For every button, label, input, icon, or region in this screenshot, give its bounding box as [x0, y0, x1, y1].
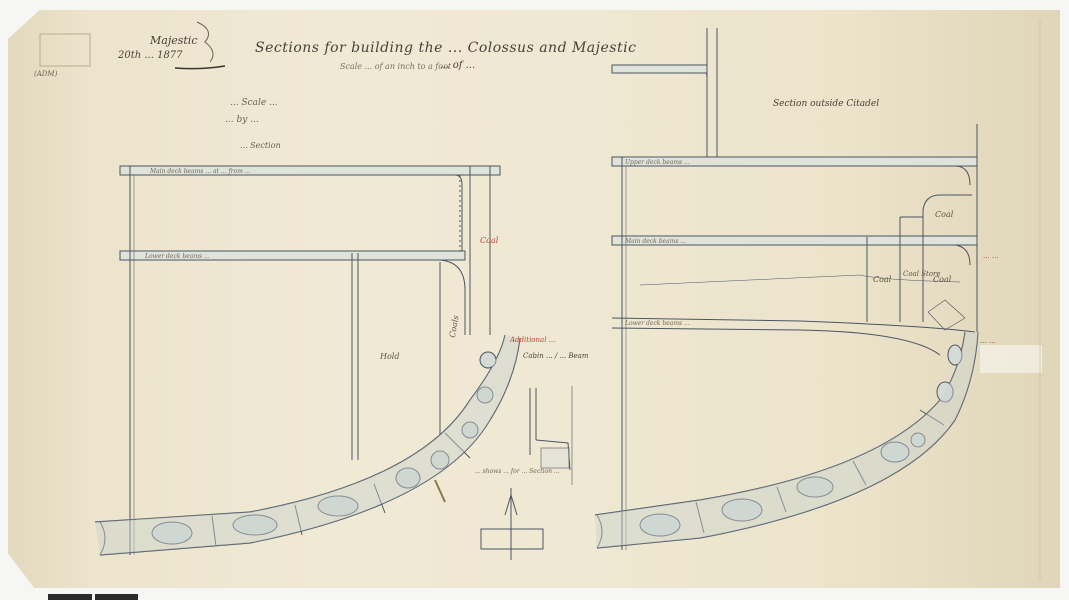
middle-note: Cabin ... / ... Beam [523, 352, 588, 360]
label-hold: Hold [380, 352, 399, 361]
right-red-note-2: ... ... [980, 337, 996, 345]
stamp-box [40, 34, 90, 66]
bottom-note: ... shows ... for ... Section ... [475, 468, 560, 475]
archive-stamp: (ADM) [34, 70, 57, 78]
label-upper-tank: Coal [935, 210, 953, 219]
left-note-3: ... Section [240, 141, 281, 150]
deck-label-right-upper: Upper deck beams ... [625, 159, 690, 166]
right-section-title: Section outside Citadel [773, 99, 879, 109]
right-red-note-1: ... ... [983, 252, 999, 260]
left-note-2: ... by ... [225, 115, 259, 125]
scale-note: Scale ... of an inch to a foot [340, 62, 451, 71]
middle-note-red: Additional ... [510, 336, 555, 344]
label-tank-1: Coal [873, 275, 891, 284]
drawing-title: Sections for building the ... Colossus a… [255, 40, 636, 56]
label-tank-3: Coal [933, 275, 951, 284]
left-note-1: ... Scale ... [230, 98, 278, 108]
color-scale-bar [48, 594, 138, 600]
deck-label-left-upper: Main deck beams ... at ... from ... [150, 168, 251, 175]
ship-section-drawing [0, 0, 1069, 600]
left-section [95, 166, 520, 555]
deck-label-left-middle: Lower deck beams ... [145, 253, 210, 260]
signature: ... of ... [440, 60, 475, 71]
header-date: 20th ... 1877 [118, 50, 183, 61]
label-red-left: Coal [480, 236, 498, 245]
header-ship-name: Majestic [150, 34, 198, 47]
deck-label-right-lower: Lower deck beams ... [625, 320, 690, 327]
deck-label-right-middle: Main deck beams ... [625, 238, 686, 245]
